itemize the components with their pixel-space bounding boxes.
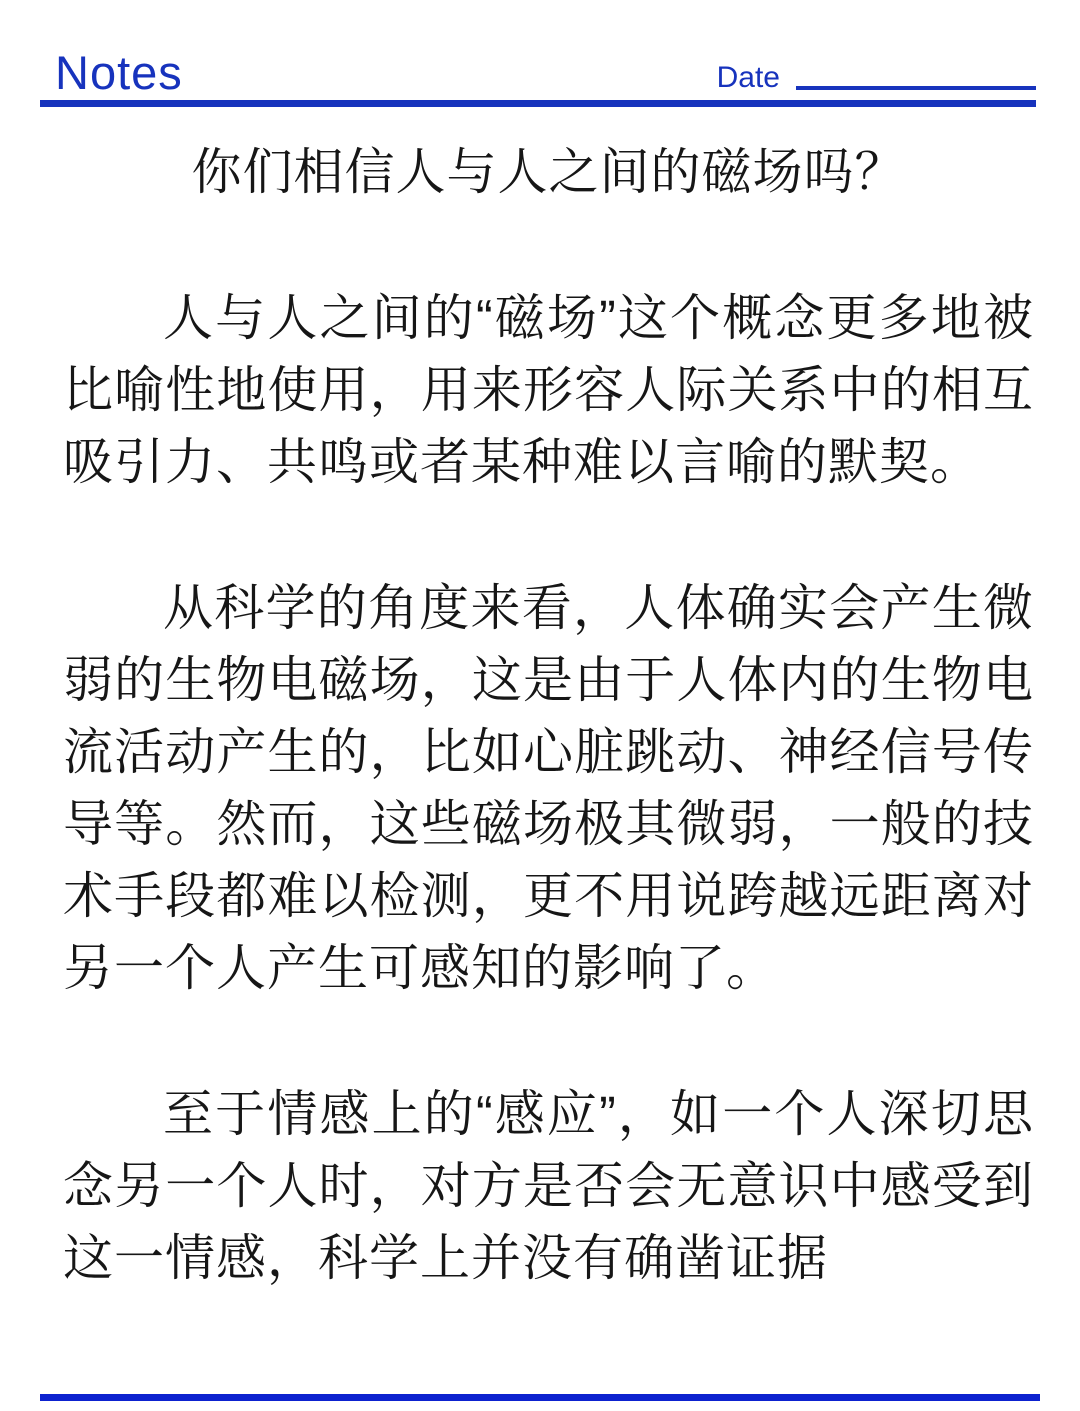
date-area: Date — [717, 63, 1036, 96]
note-body: 你们相信人与人之间的磁场吗？ 人与人之间的“磁场”这个概念更多地被比喻性地使用，… — [63, 126, 1034, 1294]
bottom-rule — [40, 1394, 1040, 1401]
note-title: 你们相信人与人之间的磁场吗？ — [63, 136, 1034, 208]
date-label: Date — [717, 63, 780, 96]
header-rule — [40, 100, 1036, 107]
date-underline — [796, 86, 1036, 90]
page-header: Notes Date — [55, 38, 1036, 96]
note-paragraph: 人与人之间的“磁场”这个概念更多地被比喻性地使用，用来形容人际关系中的相互吸引力… — [63, 282, 1034, 498]
notes-label: Notes — [55, 49, 183, 96]
note-paragraph: 至于情感上的“感应”，如一个人深切思念另一个人时，对方是否会无意识中感受到这一情… — [63, 1078, 1034, 1294]
notes-page: Notes Date 你们相信人与人之间的磁场吗？ 人与人之间的“磁场”这个概念… — [0, 0, 1080, 1411]
note-paragraph: 从科学的角度来看，人体确实会产生微弱的生物电磁场，这是由于人体内的生物电流活动产… — [63, 572, 1034, 1004]
